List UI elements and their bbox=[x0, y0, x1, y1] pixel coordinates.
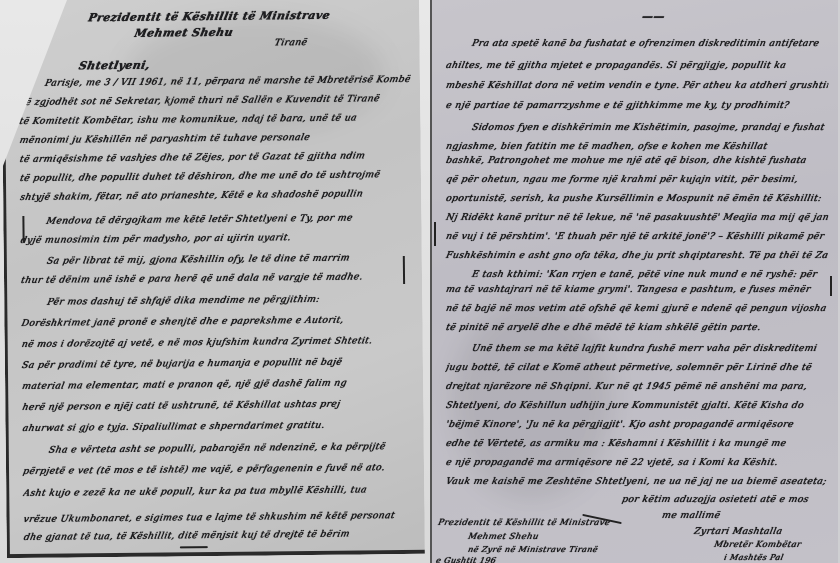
manuscript-line: Vauk me kaishë me Zeshtëne Shtetlyeni, n… bbox=[445, 476, 829, 487]
manuscript-line: Sha e vërteta asht se populli, pabarojën… bbox=[22, 441, 415, 456]
manuscript-line: ahiltes, me të gjitha mjetet e propagand… bbox=[445, 60, 829, 71]
manuscript-line: të Komitetit Kombëtar, ishu me komunikue… bbox=[18, 112, 411, 127]
location-text: Tiranë bbox=[273, 36, 410, 48]
manuscript-line: E tash kthimi: 'Kan rrjen e tanë, pëtë v… bbox=[445, 269, 829, 280]
manuscript-page-right: —— Pra ata spetë kanë ba fushatat e ofre… bbox=[430, 0, 838, 563]
addressee-line-1: Prezidentit të Këshillit të Ministrave bbox=[87, 8, 411, 24]
margin-mark bbox=[403, 256, 405, 284]
manuscript-line: Unë them se ma këtë lajfit kundra fushë … bbox=[445, 343, 829, 354]
manuscript-line: ngjashme, bien fatitin me të madhen, ofs… bbox=[445, 141, 829, 152]
manuscript-line: oportunistë, serish, ka pushe Kursëllimi… bbox=[445, 193, 829, 204]
margin-mark bbox=[434, 222, 436, 246]
manuscript-line: ma të vashtajrari në të kiame grymi'. Ta… bbox=[445, 284, 829, 295]
manuscript-line: Sa për pradimi të tyre, në bujarija e hu… bbox=[21, 356, 414, 371]
manuscript-line: jugu bottë, të cilat e Komë atheut përme… bbox=[445, 362, 829, 373]
manuscript-line: e një partiae të pamarrzyshme e të gjith… bbox=[445, 100, 829, 111]
manuscript-line: në vuj i të përshtim'. 'E thuah për një … bbox=[445, 231, 829, 242]
manuscript-line: por këtim aduzojja osieteti atë e mos bbox=[621, 494, 829, 505]
manuscript-line: mbeshë Këshillat dora në vetim vendin e … bbox=[445, 80, 829, 91]
signature-line-3: i Mashtës Pal bbox=[723, 553, 829, 562]
manuscript-line: Sa për librat të mij, gjona Këshillin of… bbox=[20, 252, 413, 267]
manuscript-line: të pinitë në aryelë dhe e dhë mëdë të ki… bbox=[445, 322, 829, 333]
manuscript-line: edhe të Vërtetë, as armiku ma : Këshamni… bbox=[445, 438, 829, 449]
manuscript-line: në mos i dorëzojtë aj vetë, e në mos kju… bbox=[21, 335, 414, 350]
manuscript-line: që për ohetun, ngau me forme një krahmi … bbox=[445, 174, 829, 185]
manuscript-line: në të bajë në mos vetim atë ofshë që kem… bbox=[445, 303, 829, 314]
signature-line-1: Zyrtari Mashtalla bbox=[693, 526, 829, 537]
manuscript-line: Dorëshkrimet janë pronë e shenjtë dhe e … bbox=[20, 314, 413, 329]
manuscript-page-left: Prezidentit të Këshillit të Ministrave M… bbox=[1, 0, 425, 558]
top-mark: —— bbox=[641, 10, 830, 23]
manuscript-line: herë një person e njëj cati të ushtrunë,… bbox=[21, 398, 414, 413]
manuscript-line: përpjetë e vet (të mos e të ishtë) me va… bbox=[22, 462, 415, 477]
manuscript-line: Nj Ridëkt kanë pritur në të lekue, në 'n… bbox=[445, 212, 829, 223]
manuscript-line: dyjë munosimin tim për madysho, por ai u… bbox=[20, 231, 413, 246]
manuscript-line: të armiqësishme të vashjes dhe të Zëjes,… bbox=[19, 150, 412, 165]
manuscript-line: bashkë, Patrongohet me mohue me një atë … bbox=[445, 155, 829, 166]
manuscript-line: ahurwat si gjo e tyja. Sipaliullimat e s… bbox=[21, 419, 414, 434]
manuscript-line: shtyjë shakim, fëtar, në ato prianeshte,… bbox=[19, 188, 412, 203]
manuscript-line: Asht kujo e zezë ka ne ukë popull, kur k… bbox=[22, 484, 415, 499]
manuscript-line: Shtetlyeni, do Këshillun udhijin jure Ko… bbox=[445, 400, 829, 411]
manuscript-line: Pra ata spetë kanë ba fushatat e ofrenzi… bbox=[445, 38, 829, 49]
manuscript-line: Sidomos fyen e dishkërimin me Kishëtimin… bbox=[445, 122, 829, 133]
manuscript-line: mënonimi ju Këshillën në paryashtim të t… bbox=[18, 131, 411, 146]
manuscript-line: vrëzue Ukumbonaret, e sigimes tua e lajm… bbox=[22, 510, 415, 525]
manuscript-line: 'bëjmë Kinore', 'Ju në ka përgjigjit'. K… bbox=[445, 419, 829, 430]
manuscript-line: Fushkëshimin e asht gno ofa tëka, dhe ju… bbox=[445, 250, 829, 261]
manuscript-line: thur të dënim unë ishë e para herë që un… bbox=[20, 271, 413, 286]
manuscript-line: drejtat njarëzore në Shqipni. Kur në qt … bbox=[445, 381, 829, 392]
manuscript-line: Mendova të dërgojkam me këtë letër Shtet… bbox=[19, 212, 412, 227]
margin-mark bbox=[22, 216, 24, 242]
signature-line-2: Mbretër Kombëtar bbox=[713, 540, 829, 550]
margin-mark bbox=[830, 276, 832, 296]
manuscript-line: të popullit, dhe popullit duhet të dëshi… bbox=[19, 169, 412, 184]
manuscript-line: dhe gjanat të tua, të Këshillit, ditë më… bbox=[23, 528, 416, 543]
manuscript-line: material ma elementar, mati e pranon që,… bbox=[21, 377, 414, 392]
manuscript-line: e një propagandë ma armiqësore në 22 vje… bbox=[445, 457, 829, 468]
manuscript-line: Për mos dashuj të shfajë dika mendime ne… bbox=[20, 293, 413, 308]
underline-mark bbox=[180, 546, 208, 548]
